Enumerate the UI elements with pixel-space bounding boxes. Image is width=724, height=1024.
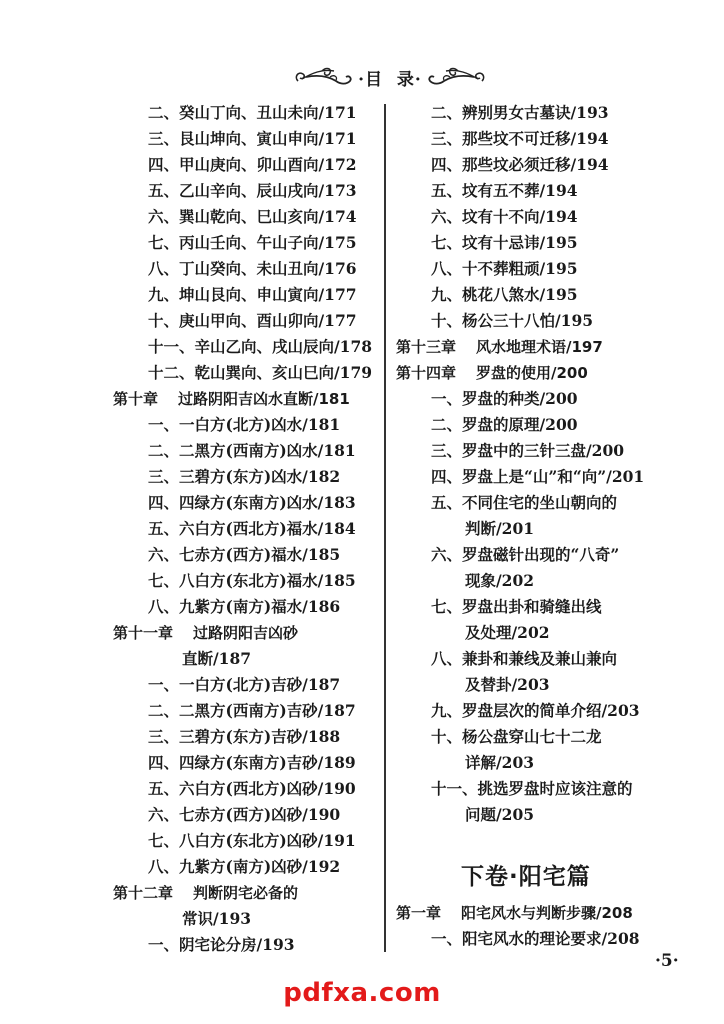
- toc-section-entry[interactable]: 六、坟有十不向/194: [396, 204, 696, 230]
- column-divider: [384, 104, 386, 952]
- toc-section-entry[interactable]: 二、辨别男女古墓诀/193: [396, 100, 696, 126]
- chapter-label: 第十四章: [396, 364, 456, 382]
- toc-section-entry[interactable]: 二、癸山丁向、丑山未向/171: [113, 100, 378, 126]
- flourish-right-icon: [426, 65, 488, 89]
- toc-section-entry[interactable]: 七、八白方(东北方)福水/185: [113, 568, 378, 594]
- chapter-title: 过路阴阳吉凶砂: [193, 624, 298, 642]
- toc-section-entry[interactable]: 十一、挑选罗盘时应该注意的: [396, 776, 696, 802]
- toc-section-entry[interactable]: 四、罗盘上是“山”和“向”/201: [396, 464, 696, 490]
- chapter-label: 第十章: [113, 390, 158, 408]
- volume-entries: 第一章阳宅风水与判断步骤/208一、阳宅风水的理论要求/208: [396, 900, 696, 952]
- toc-section-entry[interactable]: 十、杨公三十八怕/195: [396, 308, 696, 334]
- toc-section-entry[interactable]: 五、六白方(西北方)福水/184: [113, 516, 378, 542]
- chapter-title: 判断阴宅必备的: [193, 884, 298, 902]
- page-number: ·5·: [655, 951, 679, 971]
- toc-title: ·目 录·: [358, 65, 422, 90]
- toc-section-entry[interactable]: 三、三碧方(东方)吉砂/188: [113, 724, 378, 750]
- toc-section-entry[interactable]: 五、不同住宅的坐山朝向的: [396, 490, 696, 516]
- toc-section-entry[interactable]: 九、桃花八煞水/195: [396, 282, 696, 308]
- toc-left-column: 二、癸山丁向、丑山未向/171三、艮山坤向、寅山申向/171四、甲山庚向、卯山酉…: [113, 100, 378, 958]
- toc-section-entry[interactable]: 七、罗盘出卦和骑缝出线: [396, 594, 696, 620]
- chapter-label: 第十三章: [396, 338, 456, 356]
- toc-chapter-entry[interactable]: 第十一章过路阴阳吉凶砂: [113, 620, 378, 646]
- chapter-title: 过路阴阳吉凶水直断/181: [178, 390, 350, 408]
- toc-section-entry[interactable]: 九、罗盘层次的简单介绍/203: [396, 698, 696, 724]
- toc-chapter-entry[interactable]: 第十章过路阴阳吉凶水直断/181: [113, 386, 378, 412]
- toc-right-column: 二、辨别男女古墓诀/193三、那些坟不可迁移/194四、那些坟必须迁移/194五…: [396, 100, 696, 828]
- flourish-left-icon: [292, 65, 354, 89]
- toc-section-entry[interactable]: 六、巽山乾向、巳山亥向/174: [113, 204, 378, 230]
- toc-chapter-entry[interactable]: 第十二章判断阴宅必备的: [113, 880, 378, 906]
- chapter-title: 风水地理术语/197: [476, 338, 603, 356]
- toc-section-entry[interactable]: 一、阴宅论分房/193: [113, 932, 378, 958]
- toc-entry-continuation[interactable]: 问题/205: [396, 802, 696, 828]
- toc-section-entry[interactable]: 三、艮山坤向、寅山申向/171: [113, 126, 378, 152]
- toc-section-entry[interactable]: 十一、辛山乙向、戌山辰向/178: [113, 334, 378, 360]
- toc-entry-continuation[interactable]: 判断/201: [396, 516, 696, 542]
- toc-section-entry[interactable]: 二、罗盘的原理/200: [396, 412, 696, 438]
- toc-header: ·目 录·: [280, 62, 500, 92]
- toc-section-entry[interactable]: 四、那些坟必须迁移/194: [396, 152, 696, 178]
- toc-section-entry[interactable]: 十二、乾山巽向、亥山巳向/179: [113, 360, 378, 386]
- toc-section-entry[interactable]: 四、四绿方(东南方)凶水/183: [113, 490, 378, 516]
- toc-entry-continuation[interactable]: 直断/187: [113, 646, 378, 672]
- toc-section-entry[interactable]: 十、庚山甲向、酉山卯向/177: [113, 308, 378, 334]
- toc-section-entry[interactable]: 五、六白方(西北方)凶砂/190: [113, 776, 378, 802]
- toc-section-entry[interactable]: 一、一白方(北方)凶水/181: [113, 412, 378, 438]
- toc-section-entry[interactable]: 一、阳宅风水的理论要求/208: [396, 926, 696, 952]
- chapter-title: 阳宅风水与判断步骤/208: [461, 904, 633, 922]
- toc-section-entry[interactable]: 八、兼卦和兼线及兼山兼向: [396, 646, 696, 672]
- toc-section-entry[interactable]: 四、甲山庚向、卯山酉向/172: [113, 152, 378, 178]
- toc-section-entry[interactable]: 七、丙山壬向、午山子向/175: [113, 230, 378, 256]
- toc-section-entry[interactable]: 四、四绿方(东南方)吉砂/189: [113, 750, 378, 776]
- toc-chapter-entry[interactable]: 第十三章风水地理术语/197: [396, 334, 696, 360]
- toc-section-entry[interactable]: 六、七赤方(西方)凶砂/190: [113, 802, 378, 828]
- toc-section-entry[interactable]: 八、丁山癸向、未山丑向/176: [113, 256, 378, 282]
- toc-section-entry[interactable]: 五、坟有五不葬/194: [396, 178, 696, 204]
- toc-section-entry[interactable]: 九、坤山艮向、申山寅向/177: [113, 282, 378, 308]
- toc-entry-continuation[interactable]: 现象/202: [396, 568, 696, 594]
- chapter-label: 第十一章: [113, 624, 173, 642]
- toc-section-entry[interactable]: 八、九紫方(南方)凶砂/192: [113, 854, 378, 880]
- toc-page: ·目 录· 二、癸山丁向、丑山未向/171三、艮山坤向、寅山申向/171四、甲山…: [0, 0, 724, 1024]
- toc-section-entry[interactable]: 六、七赤方(西方)福水/185: [113, 542, 378, 568]
- toc-section-entry[interactable]: 一、一白方(北方)吉砂/187: [113, 672, 378, 698]
- toc-section-entry[interactable]: 七、八白方(东北方)凶砂/191: [113, 828, 378, 854]
- toc-entry-continuation[interactable]: 常识/193: [113, 906, 378, 932]
- toc-entry-continuation[interactable]: 及处理/202: [396, 620, 696, 646]
- toc-section-entry[interactable]: 八、十不葬粗顽/195: [396, 256, 696, 282]
- toc-section-entry[interactable]: 八、九紫方(南方)福水/186: [113, 594, 378, 620]
- toc-section-entry[interactable]: 五、乙山辛向、辰山戌向/173: [113, 178, 378, 204]
- toc-chapter-entry[interactable]: 第十四章罗盘的使用/200: [396, 360, 696, 386]
- toc-section-entry[interactable]: 三、那些坟不可迁移/194: [396, 126, 696, 152]
- toc-chapter-entry[interactable]: 第一章阳宅风水与判断步骤/208: [396, 900, 696, 926]
- volume-title: 下卷·阳宅篇: [461, 858, 591, 891]
- chapter-label: 第一章: [396, 904, 441, 922]
- watermark: pdfxa.com: [0, 978, 724, 1008]
- toc-section-entry[interactable]: 七、坟有十忌讳/195: [396, 230, 696, 256]
- toc-section-entry[interactable]: 十、杨公盘穿山七十二龙: [396, 724, 696, 750]
- toc-section-entry[interactable]: 一、罗盘的种类/200: [396, 386, 696, 412]
- toc-section-entry[interactable]: 二、二黑方(西南方)凶水/181: [113, 438, 378, 464]
- toc-section-entry[interactable]: 三、罗盘中的三针三盘/200: [396, 438, 696, 464]
- chapter-label: 第十二章: [113, 884, 173, 902]
- chapter-title: 罗盘的使用/200: [476, 364, 588, 382]
- toc-section-entry[interactable]: 二、二黑方(西南方)吉砂/187: [113, 698, 378, 724]
- toc-entry-continuation[interactable]: 详解/203: [396, 750, 696, 776]
- toc-section-entry[interactable]: 三、三碧方(东方)凶水/182: [113, 464, 378, 490]
- toc-section-entry[interactable]: 六、罗盘磁针出现的“八奇”: [396, 542, 696, 568]
- toc-entry-continuation[interactable]: 及替卦/203: [396, 672, 696, 698]
